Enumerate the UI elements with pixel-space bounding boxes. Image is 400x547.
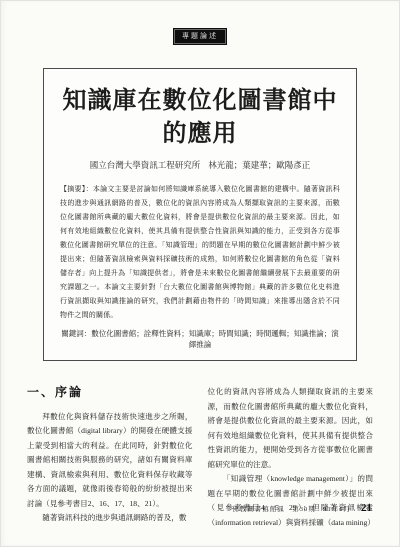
body-paragraph: 隨著資訊科技的進步與通訊網路的普及，數 bbox=[27, 511, 193, 526]
page-footer: 佛教圖書館館訊 第30期 91年6月 21 bbox=[232, 502, 372, 514]
title-box: 知識庫在數位化圖書館中 的應用 國立台灣大學資訊工程研究所林光龍；葉建華；歐陽彥… bbox=[43, 68, 357, 361]
category-label: 專題論述 bbox=[173, 28, 227, 45]
page-number: 21 bbox=[361, 502, 372, 514]
body-paragraph: 拜數位化與資料儲存技術快速進步之所賜，數位化圖書館（digital librar… bbox=[27, 410, 193, 512]
affiliation: 國立台灣大學資訊工程研究所 bbox=[90, 160, 201, 170]
article-title-line-2: 的應用 bbox=[60, 118, 340, 151]
abstract-text: 本論文主要是討論如何將知識庫系統導入數位化圖書館的建構中。隨著資訊科技的進步與通… bbox=[60, 185, 340, 319]
section-heading: 一、序論 bbox=[27, 385, 193, 400]
abstract-label: 【摘要】： bbox=[60, 185, 93, 193]
scanned-paper-page: { "page": { "category_label": "專題論述", "h… bbox=[0, 0, 400, 547]
authors: 林光龍；葉建華；歐陽彥正 bbox=[208, 160, 310, 170]
body-paragraph: 位化的資訊內容將成為人類擷取資訊的主要來源，而數位化圖書館所典藏的龐大數位化資料… bbox=[208, 385, 374, 472]
author-line: 國立台灣大學資訊工程研究所林光龍；葉建華；歐陽彥正 bbox=[60, 159, 340, 171]
journal-info: 佛教圖書館館訊 第30期 91年6月 bbox=[232, 504, 351, 513]
keywords-line: 關鍵詞：數位化圖書館；詮釋性資料；知識庫；時間知識；時間邏輯；知識推論；演繹推論 bbox=[60, 328, 340, 350]
abstract: 【摘要】：本論文主要是討論如何將知識庫系統導入數位化圖書館的建構中。隨著資訊科技… bbox=[60, 182, 340, 322]
body-paragraph: 「知識管理（knowledge management）」的問題在早期的數位化圖書… bbox=[208, 472, 374, 530]
left-column: 一、序論 拜數位化與資料儲存技術快速進步之所賜，數位化圖書館（digital l… bbox=[27, 385, 193, 530]
article-title: 知識庫在數位化圖書館中 的應用 bbox=[60, 85, 340, 151]
article-title-line-1: 知識庫在數位化圖書館中 bbox=[60, 85, 340, 118]
